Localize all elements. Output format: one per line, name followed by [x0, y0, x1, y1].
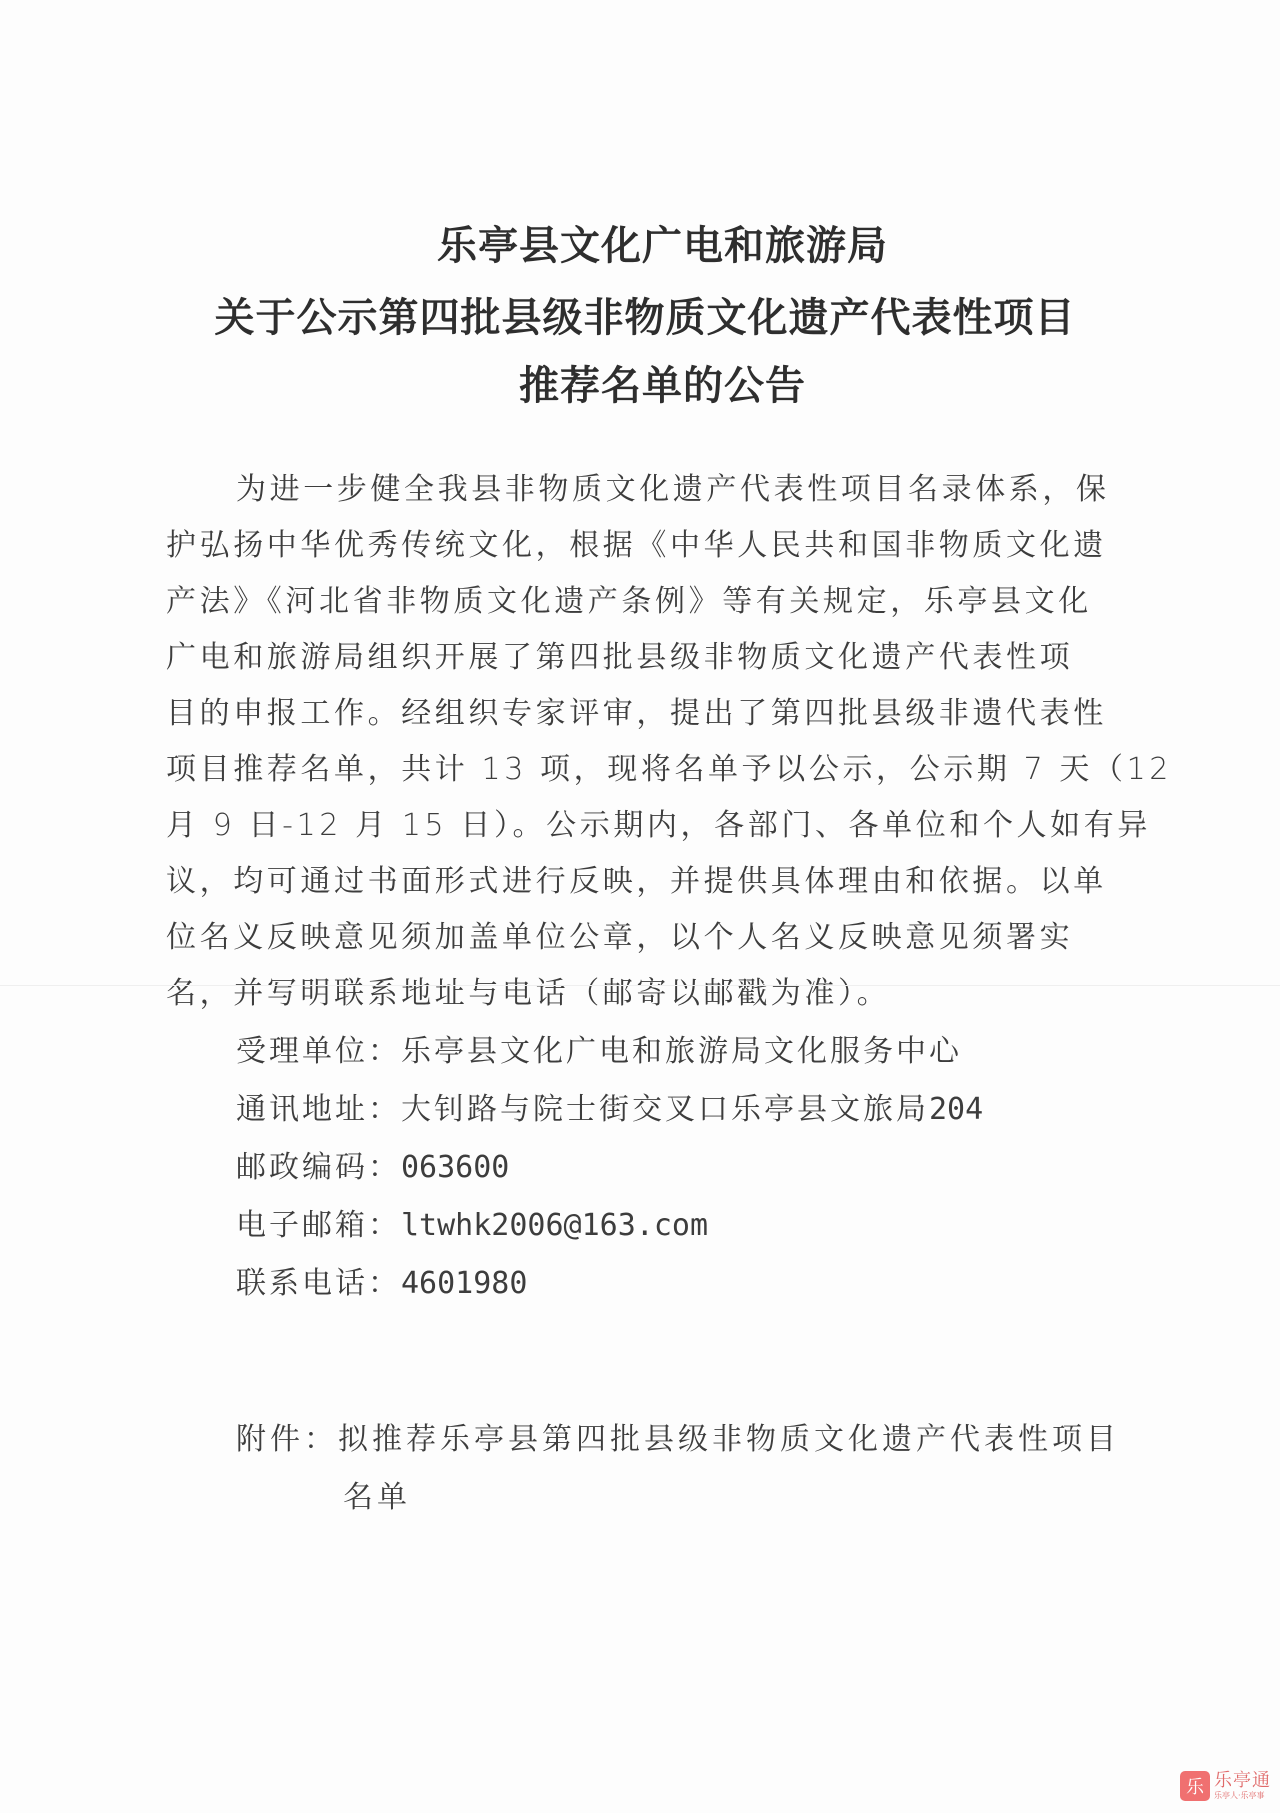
- leting-logo-icon: 乐: [1180, 1771, 1210, 1801]
- contact-email: 电子邮箱：ltwhk2006@163.com: [236, 1206, 708, 1246]
- contact-address: 通讯地址：大钊路与院士街交叉口乐亭县文旅局204: [236, 1090, 983, 1130]
- contact-postcode-label: 邮政编码：: [236, 1150, 401, 1185]
- scan-artifact-line: [0, 985, 1280, 986]
- contact-address-label: 通讯地址：: [236, 1092, 401, 1127]
- contact-email-label: 电子邮箱：: [236, 1208, 401, 1243]
- contact-phone-label: 联系电话：: [236, 1266, 401, 1301]
- watermark-text: 乐亭通 乐亭人·乐亭事: [1214, 1772, 1271, 1800]
- attachment-line-2: 名单: [343, 1478, 411, 1518]
- contact-address-room: 204: [929, 1092, 983, 1127]
- document-title-line-3: 推荐名单的公告: [0, 356, 1280, 416]
- watermark-slogan: 乐亭人·乐亭事: [1214, 1792, 1271, 1800]
- body-paragraph-line: 名，并写明联系地址与电话（邮寄以邮戳为准）。: [166, 974, 1106, 1014]
- contact-phone-value: 4601980: [401, 1266, 527, 1301]
- body-paragraph-line: 月 9 日-12 月 15 日）。公示期内，各部门、各单位和个人如有异: [166, 806, 1106, 846]
- contact-phone: 联系电话：4601980: [236, 1264, 527, 1304]
- body-paragraph-line: 为进一步健全我县非物质文化遗产代表性项目名录体系，保: [236, 470, 1176, 510]
- body-paragraph-line: 目的申报工作。经组织专家评审，提出了第四批县级非遗代表性: [166, 694, 1106, 734]
- body-paragraph-line: 护弘扬中华优秀传统文化，根据《中华人民共和国非物质文化遗: [166, 526, 1106, 566]
- contact-unit-label: 受理单位：: [236, 1034, 401, 1069]
- body-paragraph-line: 位名义反映意见须加盖单位公章，以个人名义反映意见须署实: [166, 918, 1106, 958]
- document-title-line-1: 乐亭县文化广电和旅游局: [0, 216, 1280, 276]
- watermark-logo: 乐 乐亭通 乐亭人·乐亭事: [1180, 1771, 1271, 1801]
- contact-address-value: 大钊路与院士街交叉口乐亭县文旅局: [401, 1092, 929, 1127]
- contact-unit: 受理单位：乐亭县文化广电和旅游局文化服务中心: [236, 1032, 962, 1072]
- body-paragraph-line: 广电和旅游局组织开展了第四批县级非物质文化遗产代表性项: [166, 638, 1106, 678]
- contact-postcode-value: 063600: [401, 1150, 509, 1185]
- body-paragraph-line: 议，均可通过书面形式进行反映，并提供具体理由和依据。以单: [166, 862, 1106, 902]
- attachment-line-1: 附件：拟推荐乐亭县第四批县级非物质文化遗产代表性项目: [236, 1420, 1120, 1460]
- contact-email-value: ltwhk2006@163.com: [401, 1208, 708, 1243]
- contact-unit-value: 乐亭县文化广电和旅游局文化服务中心: [401, 1034, 962, 1069]
- contact-postcode: 邮政编码：063600: [236, 1148, 509, 1188]
- body-paragraph-line: 项目推荐名单，共计 13 项，现将名单予以公示，公示期 7 天（12: [166, 750, 1106, 790]
- body-paragraph-line: 产法》《河北省非物质文化遗产条例》等有关规定，乐亭县文化: [166, 582, 1106, 622]
- watermark-name: 乐亭通: [1214, 1772, 1271, 1790]
- document-page: 乐亭县文化广电和旅游局 关于公示第四批县级非物质文化遗产代表性项目 推荐名单的公…: [0, 0, 1280, 1813]
- document-title-line-2: 关于公示第四批县级非物质文化遗产代表性项目: [0, 288, 1280, 348]
